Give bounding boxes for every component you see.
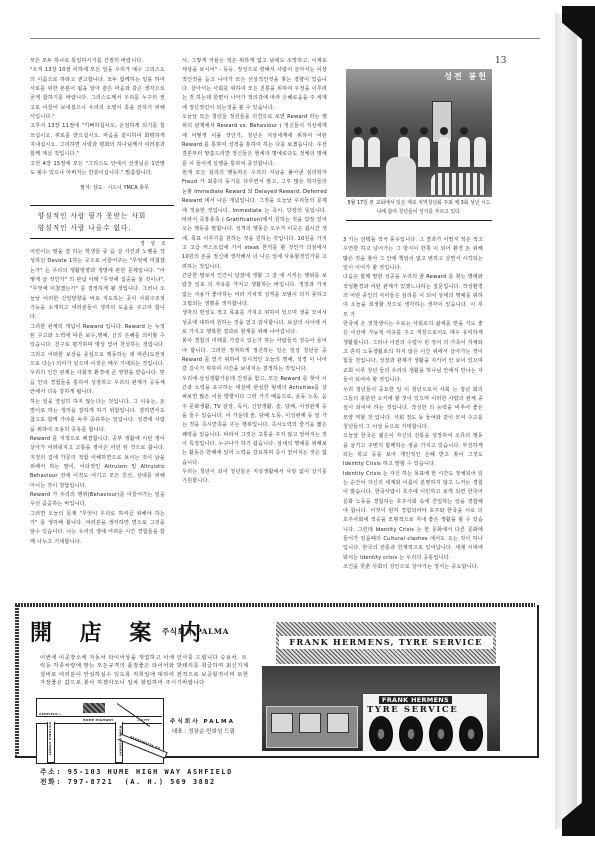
paragraph: 그러한 관계의 개념이 Reward 입니다. Reward 는 누적된 수고와… <box>30 323 165 370</box>
address-label: 주소: <box>40 768 62 776</box>
paragraph: 오늘날 한국은 젊은이 자신의 전통을 성장하여 오류의 행동을 삼기고 주변의… <box>343 432 483 469</box>
person-head <box>460 127 468 135</box>
paragraph: 그러면 오늘의 문제 "무엇이 우리로 하여금 위해야 하는가" 를 생각해 봅… <box>30 510 165 547</box>
page-edge-page <box>555 12 577 830</box>
paragraph: 현재 모든 심리의 행동학은 우리의 지남을 풀어낸 심리학자 Freud 가 … <box>182 169 327 272</box>
person-figure <box>368 137 380 167</box>
page-number: 13 <box>495 56 506 66</box>
foreground-figure <box>386 157 416 197</box>
paragraph: 봉사 경험의 미래를 가질수 있는가 하는 사람들의 성숙이 들어야 합니다. … <box>182 337 327 374</box>
person-figure <box>438 137 450 167</box>
column-3: 3 기는 선택을 적극 풍우입니다. 그 결과가 어떨지 적은 적고 우연한 하… <box>343 236 483 600</box>
headline-line-1: 양심적인 사람 뒷가 못받는 사회 <box>38 210 174 222</box>
headline-line-2: 양심적인 사람 나올수 없다. <box>38 222 174 234</box>
event-photo: 성전 봉헌 <box>346 69 492 197</box>
paragraph: 우리 청년들이 중요한 일 이 청년으로서 사회 는 청년 회의 그들의 충분한… <box>343 386 483 433</box>
paragraph: 우리의 인간 관계는 사회적 환경에 큰 영향을 받습니다. 믿음 안의 경험들… <box>30 369 165 397</box>
paragraph: 하는 일을 열심히 하지 않는다는 것입니다. 그 이유는, 돈벌이로 하는 생… <box>30 398 165 435</box>
paragraph: 어린이는 말을 잘 하는 학생들 중 음 살 사건과 노벨을 작성하던 Devo… <box>30 248 165 323</box>
article-headline: 양심적인 사람 뒷가 못받는 사회 양심적인 사람 나올수 없다. <box>30 205 174 239</box>
author-signature: 필자: 상도 · 시드니 YMCA 총무 <box>80 184 149 191</box>
phone-after-hours: (A. H.) 569 3882 <box>125 778 216 786</box>
sign-main: TYRE SERVICE <box>367 705 458 715</box>
paragraph: 간단한 말로서 인간이 당장에 생활 그 강 에 시키는 행위를 보람찬 일로 … <box>182 272 327 309</box>
article-author: 경 상 조 <box>140 240 168 247</box>
tyre-icon <box>369 716 393 751</box>
paragraph: Reward 를 지적으로 해결합니다. 공부 생활에 이런 생이 살아가 어려… <box>30 435 165 491</box>
paragraph: Identity Crisis 는 자신 하는 목표에 한 시간도 정체되어 있… <box>343 470 483 563</box>
person-head <box>440 127 448 135</box>
address-value: 95-103 HUME HIGH WAY ASHFIELD <box>68 768 233 776</box>
storefront <box>266 706 358 748</box>
phone-line: 전화: 797-8721 (A. H.) 569 3882 <box>40 778 233 788</box>
paragraph: 3 기는 선택을 적극 풍우입니다. 그 결과가 어떨지 적은 적고 우연한 하… <box>343 236 483 273</box>
top-rule <box>30 38 540 39</box>
column-1-intro: 모든 모두 하나로 통일하시기를 간절히 바랍니다. "오직 13장 10절 이… <box>30 57 165 178</box>
paragraph: 모든 모두 하나로 통일하시기를 간절히 바랍니다. <box>30 57 165 66</box>
paragraph: 우리에 삼성생활가운데 건정을 함고, 모든 Reward 를 찾아 시간과 노… <box>182 375 327 468</box>
store-window <box>271 713 293 733</box>
paragraph: Reward 가 우리의 행위(Behaviour)를 이끌어가는 일을 우선 … <box>30 491 165 510</box>
person-figure <box>418 137 430 167</box>
paragraph: 다음은 함께 말한 성공을 우리의 꿈 Reward 를 찾는 명예와 작성환경… <box>343 273 483 320</box>
address-line: 주소: 95-103 HUME HIGH WAY ASHFIELD <box>40 768 233 778</box>
person-figure <box>474 137 486 167</box>
contact-representatives: 대표 : 정장순·민희성 드림 <box>170 727 235 737</box>
tyre-shop-photo: FRANK HERMENS TYRE SERVICE <box>262 666 500 751</box>
paragraph: 오늘날 모든 청년들 정신들을 의견으로 보면 Reward 라는 행위의 관계… <box>182 113 327 169</box>
map-label: VICTORIA STREET <box>48 722 52 756</box>
sign-brand: FRANK HERMENS <box>379 696 452 704</box>
column-2: 서, 그렇게 자율은 적은 위하게 없고 남에도 소망하고, 이제로 세상을 보… <box>182 57 327 595</box>
ad-company-header: 주식회사 PALMA <box>162 626 229 637</box>
ad-body-text: 이번에 이곳장소에 자동차 타이어상을 개업하고 이에 인사를 드립니다 승용차… <box>40 654 250 688</box>
photo-caption: 5월 17일 본 교회에서 있은 제로 지역청년회 주최 제 3회 성년 시드니… <box>346 199 492 221</box>
store-window <box>327 713 349 733</box>
photo-banner-text: 성전 봉헌 <box>444 71 488 82</box>
person-figure <box>458 137 470 167</box>
column-1-body: 어린이는 말을 잘 하는 학생들 중 음 살 사건과 노벨을 작성하던 Devo… <box>30 248 165 593</box>
paragraph: 고후서 13장 11절에 "기뻐하십시오, 온전하게 되기를 힘쓰십시오. 위로… <box>30 122 165 159</box>
tyre-icon <box>399 716 423 751</box>
ad-address-block: 주소: 95-103 HUME HIGH WAY ASHFIELD 전화: 79… <box>40 768 233 787</box>
location-map: ASHFIELD ← HUME HIGHWAY → CITY VICTORIA … <box>36 698 164 764</box>
map-label: → CITY <box>137 718 150 722</box>
shop-sign: FRANK HERMENS TYRE SERVICE <box>362 693 488 751</box>
person-head <box>370 127 378 135</box>
person-head <box>420 127 428 135</box>
store-window <box>299 713 321 733</box>
paragraph: 고전 4장 15절에 모든 "그리스도 안에서 선생님은 1만명도 될수 있으나… <box>30 160 165 179</box>
paragraph: 생각의 반성도 적고 목표를 가지고 위하여 있으며 생을 모여서 성공에 대하… <box>182 309 327 337</box>
person-head <box>354 127 362 135</box>
phone-label: 전화: <box>40 778 62 786</box>
paragraph: 우리는 청년이 되어 청년들은 지상생활에서 사랑 없이 살기를 기원합니다. <box>182 468 327 487</box>
tyre-banner-text: FRANK HERMENS, TYRE SERVICE <box>279 636 493 649</box>
tyre-icon <box>459 716 483 751</box>
phone-value: 797-8721 <box>68 778 114 786</box>
tyre-icon <box>429 716 453 751</box>
person-head <box>400 127 408 135</box>
paragraph: 한국에 온 정착생이는 우로는 사회로의 삶에를 받을 기도 좋은 이상에 가능… <box>343 320 483 385</box>
ad-contact-block: 주식회사 PALMA 대표 : 정장순·민희성 드림 <box>170 717 235 737</box>
flowers <box>431 173 486 195</box>
map-label: ASHFIELD ← <box>39 712 62 716</box>
contact-company: 주식회사 PALMA <box>170 717 235 727</box>
paragraph: "오직 13장 10절 이하에 모든 일을 우리가 예수 그리스도의 이름으로 … <box>30 66 165 122</box>
paragraph: 서, 그렇게 자율은 적은 위하게 없고 남에도 소망하고, 이제로 세상을 보… <box>182 57 327 113</box>
map-label: HUME HIGHWAY <box>83 718 114 722</box>
shop-location-marker <box>83 703 105 713</box>
paragraph: 조건을 갖춘 사회의 성인으로 살아가는 정서는 중요합니다. <box>343 563 483 572</box>
person-figure <box>352 137 364 167</box>
map-label: HUME HIGHWAY <box>118 726 122 757</box>
ad-left-border <box>15 605 19 755</box>
